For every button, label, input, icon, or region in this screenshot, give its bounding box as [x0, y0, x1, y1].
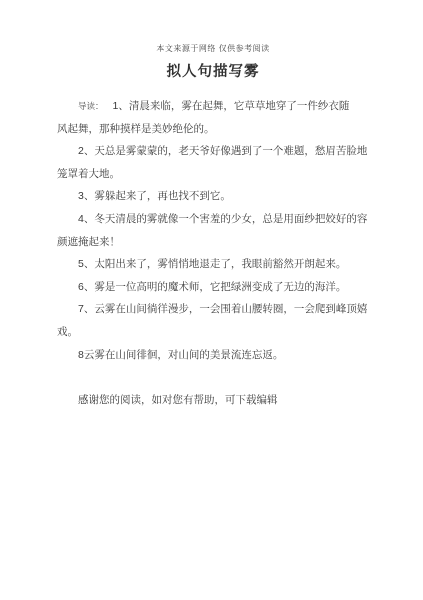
paragraph-3: 3、雾躲起来了，再也找不到它。	[57, 185, 369, 208]
paragraph-line: 导读：1、清晨来临，雾在起舞，它草草地穿了一件纱衣随	[57, 95, 369, 118]
footer-note: 感谢您的阅读，如对您有帮助，可下载编辑	[57, 389, 369, 412]
document-body: 导读：1、清晨来临，雾在起舞，它草草地穿了一件纱衣随 风起舞，那种摸样是美妙绝伦…	[57, 95, 369, 366]
paragraph-line: 7、云雾在山间徜徉漫步，一会围着山腰转圈，一会爬到峰顶嬉	[57, 298, 369, 321]
paragraph-7: 7、云雾在山间徜徉漫步，一会围着山腰转圈，一会爬到峰顶嬉 戏。	[57, 298, 369, 343]
paragraph-5: 5、太阳出来了，雾悄悄地退走了，我眼前豁然开朗起来。	[57, 253, 369, 276]
paragraph-2: 2、天总是雾蒙蒙的，老天爷好像遇到了一个难题，愁眉苦脸地 笼罩着大地。	[57, 140, 369, 185]
paragraph-line: 戏。	[57, 321, 369, 344]
paragraph-line: 5、太阳出来了，雾悄悄地退走了，我眼前豁然开朗起来。	[57, 253, 369, 276]
paragraph-line: 2、天总是雾蒙蒙的，老天爷好像遇到了一个难题，愁眉苦脸地	[57, 140, 369, 163]
document-content: 本文来源于网络 仅供参考阅读 拟人句描写雾 导读：1、清晨来临，雾在起舞，它草草…	[57, 44, 369, 411]
paragraph-line: 颜遮掩起来！	[57, 231, 369, 254]
paragraph-line: 4、冬天清晨的雾就像一个害羞的少女，总是用面纱把姣好的容	[57, 208, 369, 231]
paragraph-4: 4、冬天清晨的雾就像一个害羞的少女，总是用面纱把姣好的容 颜遮掩起来！	[57, 208, 369, 253]
document-page: 本文来源于网络 仅供参考阅读 拟人句描写雾 导读：1、清晨来临，雾在起舞，它草草…	[0, 0, 423, 600]
paragraph-1: 导读：1、清晨来临，雾在起舞，它草草地穿了一件纱衣随 风起舞，那种摸样是美妙绝伦…	[57, 95, 369, 140]
paragraph-text: 1、清晨来临，雾在起舞，它草草地穿了一件纱衣随	[113, 100, 350, 112]
paragraph-line: 8云雾在山间徘徊，对山间的美景流连忘返。	[57, 344, 369, 367]
paragraph-6: 6、雾是一位高明的魔术师，它把绿洲变成了无边的海洋。	[57, 276, 369, 299]
paragraph-8: 8云雾在山间徘徊，对山间的美景流连忘返。	[57, 344, 369, 367]
paragraph-line: 风起舞，那种摸样是美妙绝伦的。	[57, 118, 369, 141]
paragraph-line: 3、雾躲起来了，再也找不到它。	[57, 185, 369, 208]
paragraph-line: 笼罩着大地。	[57, 163, 369, 186]
page-title: 拟人句描写雾	[57, 62, 369, 82]
paragraph-line: 6、雾是一位高明的魔术师，它把绿洲变成了无边的海洋。	[57, 276, 369, 299]
source-note: 本文来源于网络 仅供参考阅读	[57, 44, 369, 54]
lead-label: 导读：	[78, 101, 104, 111]
